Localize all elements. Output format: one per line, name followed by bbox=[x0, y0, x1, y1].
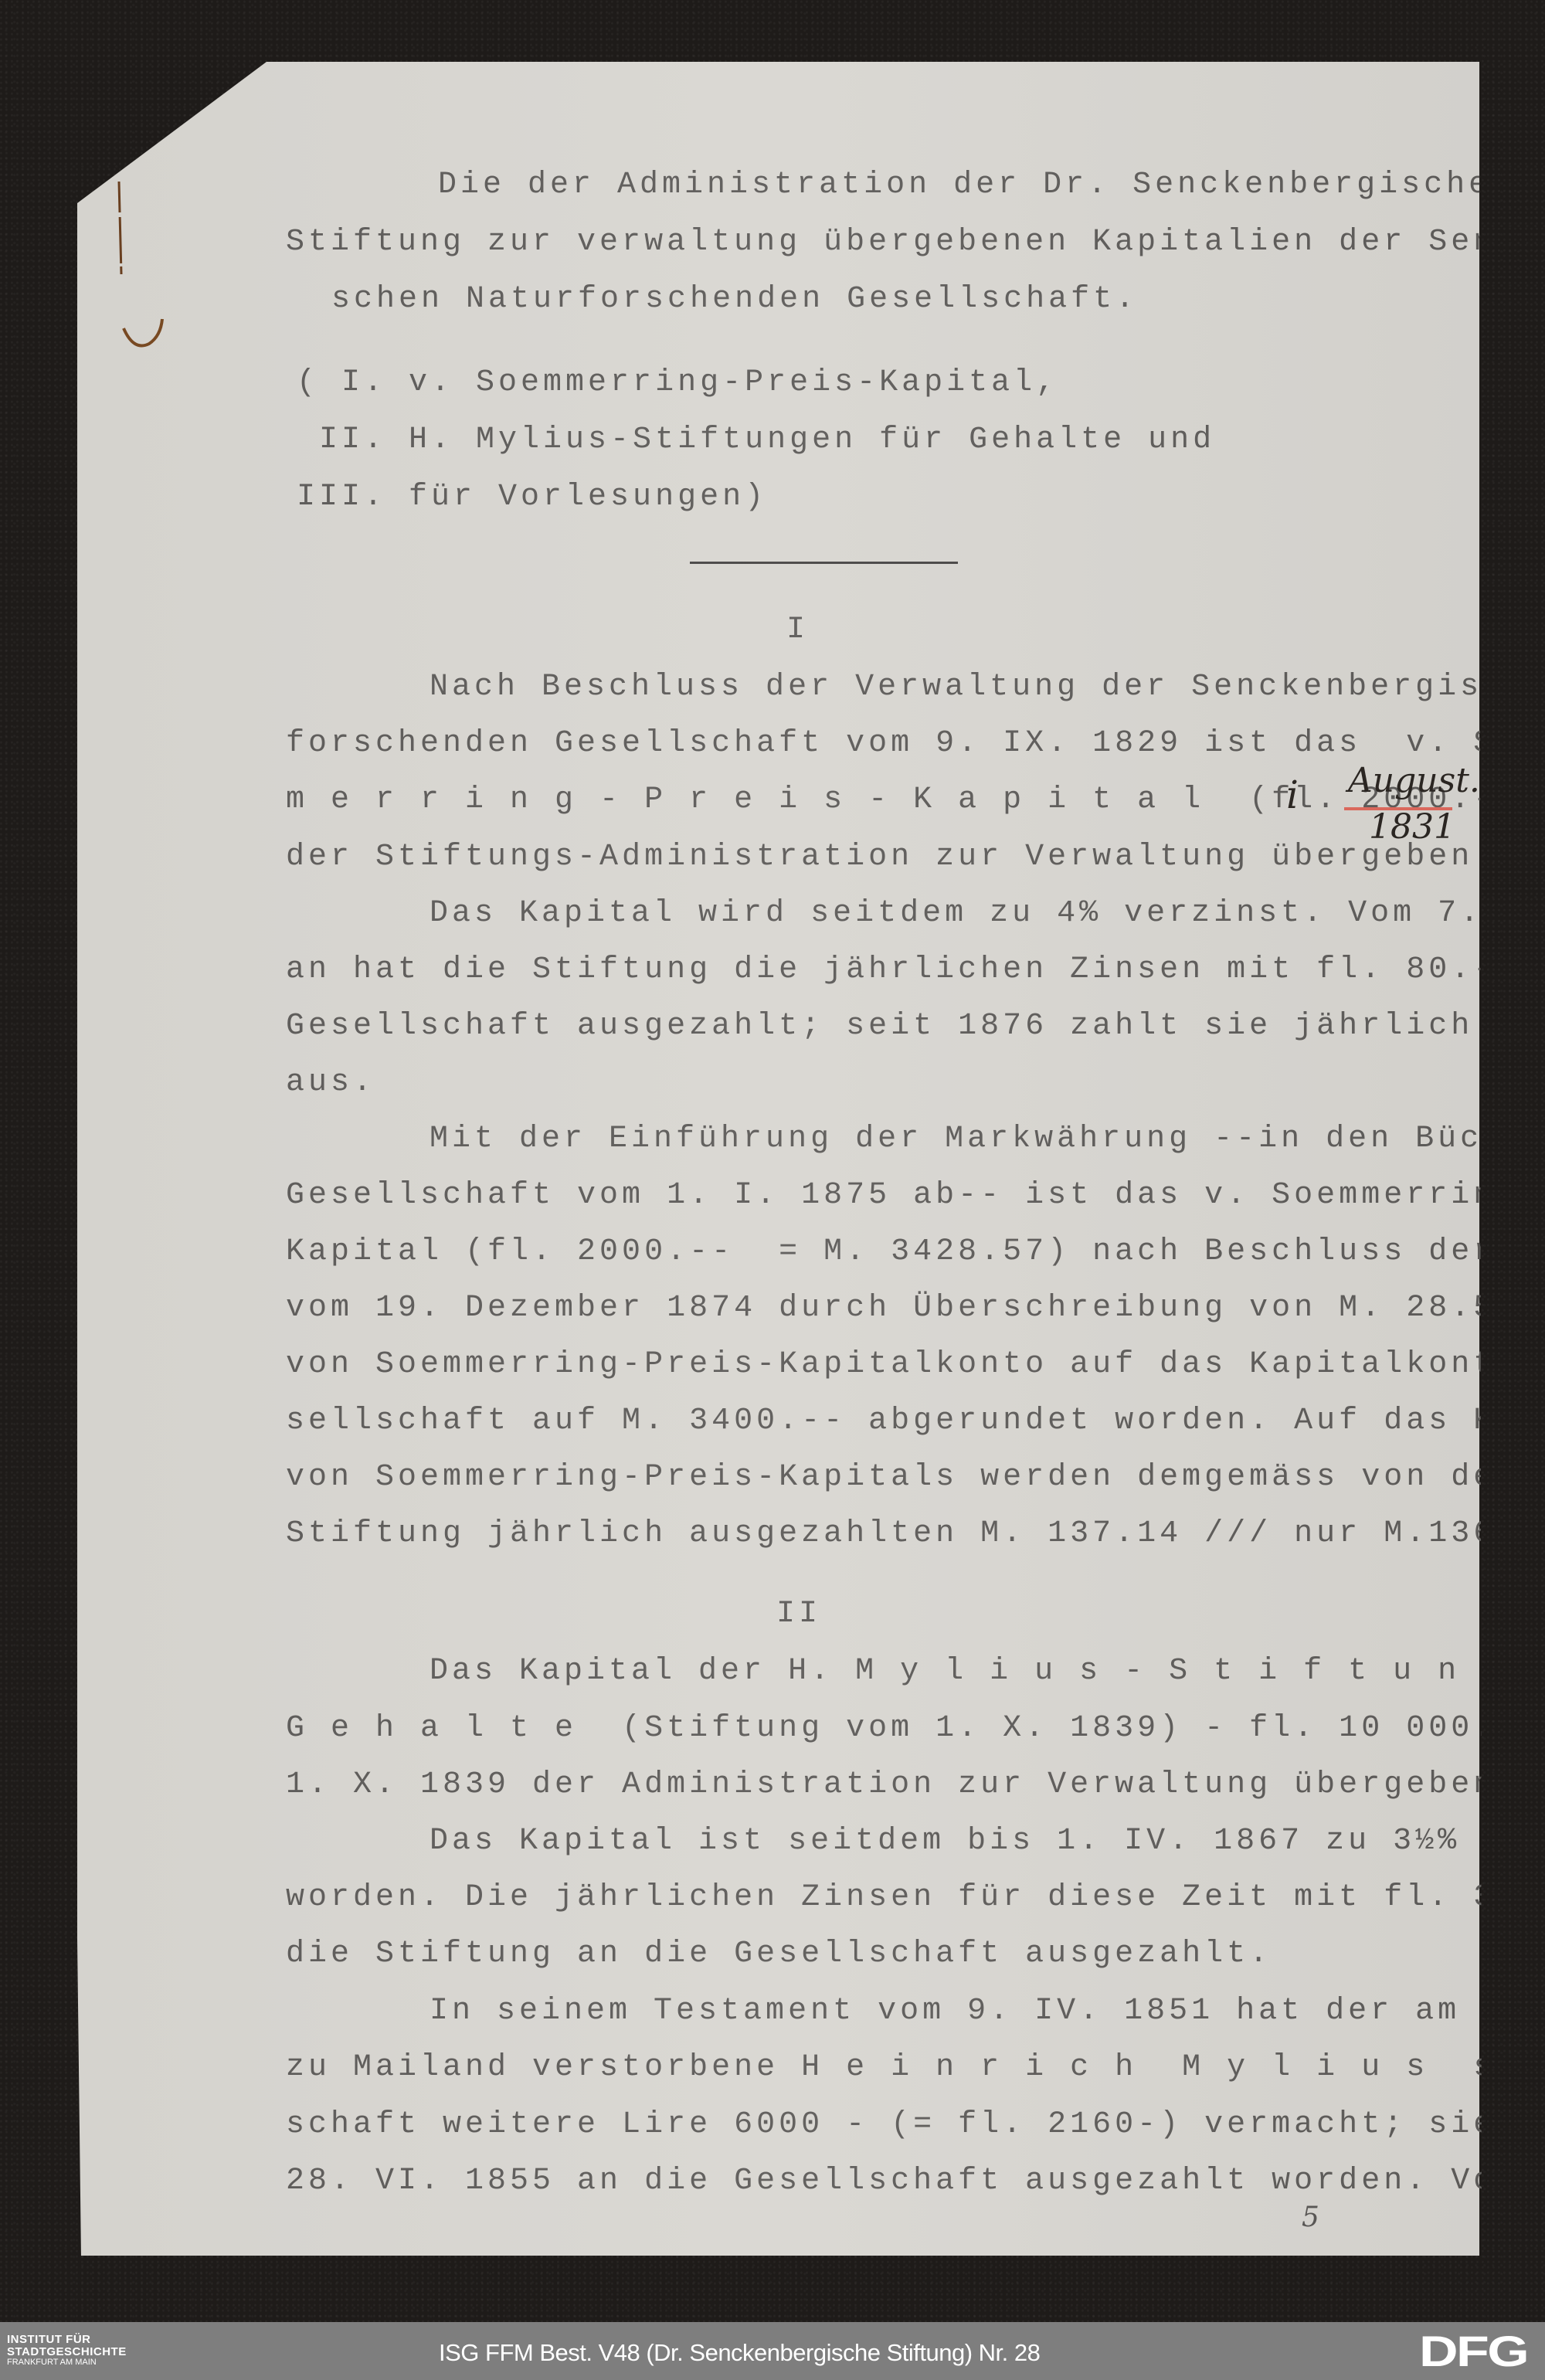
section-1-line: an hat die Stiftung die jährlichen Zinse… bbox=[286, 955, 1545, 986]
handwritten-annotation-year: 1831 bbox=[1369, 807, 1455, 847]
institution-line-2: STADTGESCHICHTE bbox=[7, 2346, 127, 2358]
institution-logo: INSTITUT FÜR STADTGESCHICHTE FRANKFURT A… bbox=[7, 2334, 127, 2367]
section-1-line: von Soemmerring-Preis-Kapitalkonto auf d… bbox=[286, 1350, 1545, 1380]
subtitle-line-1: ( I. v. Soemmerring-Preis-Kapital, bbox=[297, 368, 1058, 399]
section-2-line: die Stiftung an die Gesellschaft ausgeza… bbox=[286, 1939, 1272, 1970]
section-1-line: der Stiftungs-Administration zur Verwalt… bbox=[286, 842, 1545, 873]
section-1-line: aus. bbox=[286, 1068, 375, 1098]
title-line-1: Die der Administration der Dr. Senckenbe… bbox=[438, 170, 1513, 201]
section-2-line: zu Mailand verstorbene H e i n r i c h M… bbox=[286, 2052, 1545, 2083]
section-2-line: 1. X. 1839 der Administration zur Verwal… bbox=[286, 1770, 1545, 1801]
section-1-line: Kapital (fl. 2000.-- = M. 3428.57) nach … bbox=[286, 1237, 1545, 1268]
document-page: Die der Administration der Dr. Senckenbe… bbox=[77, 62, 1479, 2256]
dfg-logo: DFG bbox=[1419, 2331, 1527, 2372]
section-1-line: sellschaft auf M. 3400.-- abgerundet wor… bbox=[286, 1406, 1545, 1437]
subtitle-line-3: III. für Vorlesungen) bbox=[297, 482, 767, 513]
margin-hook-mark bbox=[114, 182, 184, 351]
archive-footer-bar: INSTITUT FÜR STADTGESCHICHTE FRANKFURT A… bbox=[0, 2322, 1545, 2380]
section-2-line: schaft weitere Lire 6000 - (= fl. 2160-)… bbox=[286, 2110, 1545, 2141]
title-line-2: Stiftung zur verwaltung übergebenen Kapi… bbox=[286, 227, 1545, 258]
section-heading-1: I bbox=[786, 615, 809, 646]
section-1-line: vom 19. Dezember 1874 durch Überschreibu… bbox=[286, 1293, 1545, 1324]
section-heading-2: II bbox=[776, 1599, 821, 1630]
section-2-line: In seinem Testament vom 9. IV. 1851 hat … bbox=[430, 1996, 1545, 2027]
section-2-line: Das Kapital ist seitdem bis 1. IV. 1867 … bbox=[430, 1826, 1545, 1857]
title-line-3: schen Naturforschenden Gesellschaft. bbox=[331, 284, 1138, 315]
archive-reference: ISG FFM Best. V48 (Dr. Senckenbergische … bbox=[439, 2339, 1040, 2367]
section-2-line: G e h a l t e (Stiftung vom 1. X. 1839) … bbox=[286, 1713, 1545, 1744]
section-1-line: Nach Beschluss der Verwaltung der Sencke… bbox=[430, 672, 1545, 703]
section-1-line: Gesellschaft ausgezahlt; seit 1876 zahlt… bbox=[286, 1011, 1545, 1042]
handwritten-correction-i: i bbox=[1286, 772, 1299, 817]
section-1-line: von Soemmerring-Preis-Kapitals werden de… bbox=[286, 1462, 1545, 1493]
institution-line-3: FRANKFURT AM MAIN bbox=[7, 2358, 127, 2368]
section-2-line: Das Kapital der H. M y l i u s - S t i f… bbox=[430, 1656, 1545, 1687]
section-1-line: Mit der Einführung der Markwährung --in … bbox=[430, 1124, 1545, 1155]
handwritten-page-number: 5 bbox=[1302, 2202, 1319, 2233]
institution-line-1: INSTITUT FÜR bbox=[7, 2334, 127, 2346]
separator-line bbox=[690, 562, 958, 564]
handwritten-annotation-month: August. bbox=[1348, 761, 1480, 800]
section-1-line: Gesellschaft vom 1. I. 1875 ab-- ist das… bbox=[286, 1180, 1545, 1211]
section-2-line: 28. VI. 1855 an die Gesellschaft ausgeza… bbox=[286, 2166, 1545, 2197]
section-1-line: forschenden Gesellschaft vom 9. IX. 1829… bbox=[286, 728, 1545, 759]
section-1-line: Das Kapital wird seitdem zu 4% verzinst.… bbox=[430, 898, 1545, 929]
subtitle-line-2: II. H. Mylius-Stiftungen für Gehalte und bbox=[297, 425, 1215, 456]
section-1-line: Stiftung jährlich ausgezahlten M. 137.14… bbox=[286, 1519, 1545, 1550]
section-2-line: worden. Die jährlichen Zinsen für diese … bbox=[286, 1883, 1545, 1913]
